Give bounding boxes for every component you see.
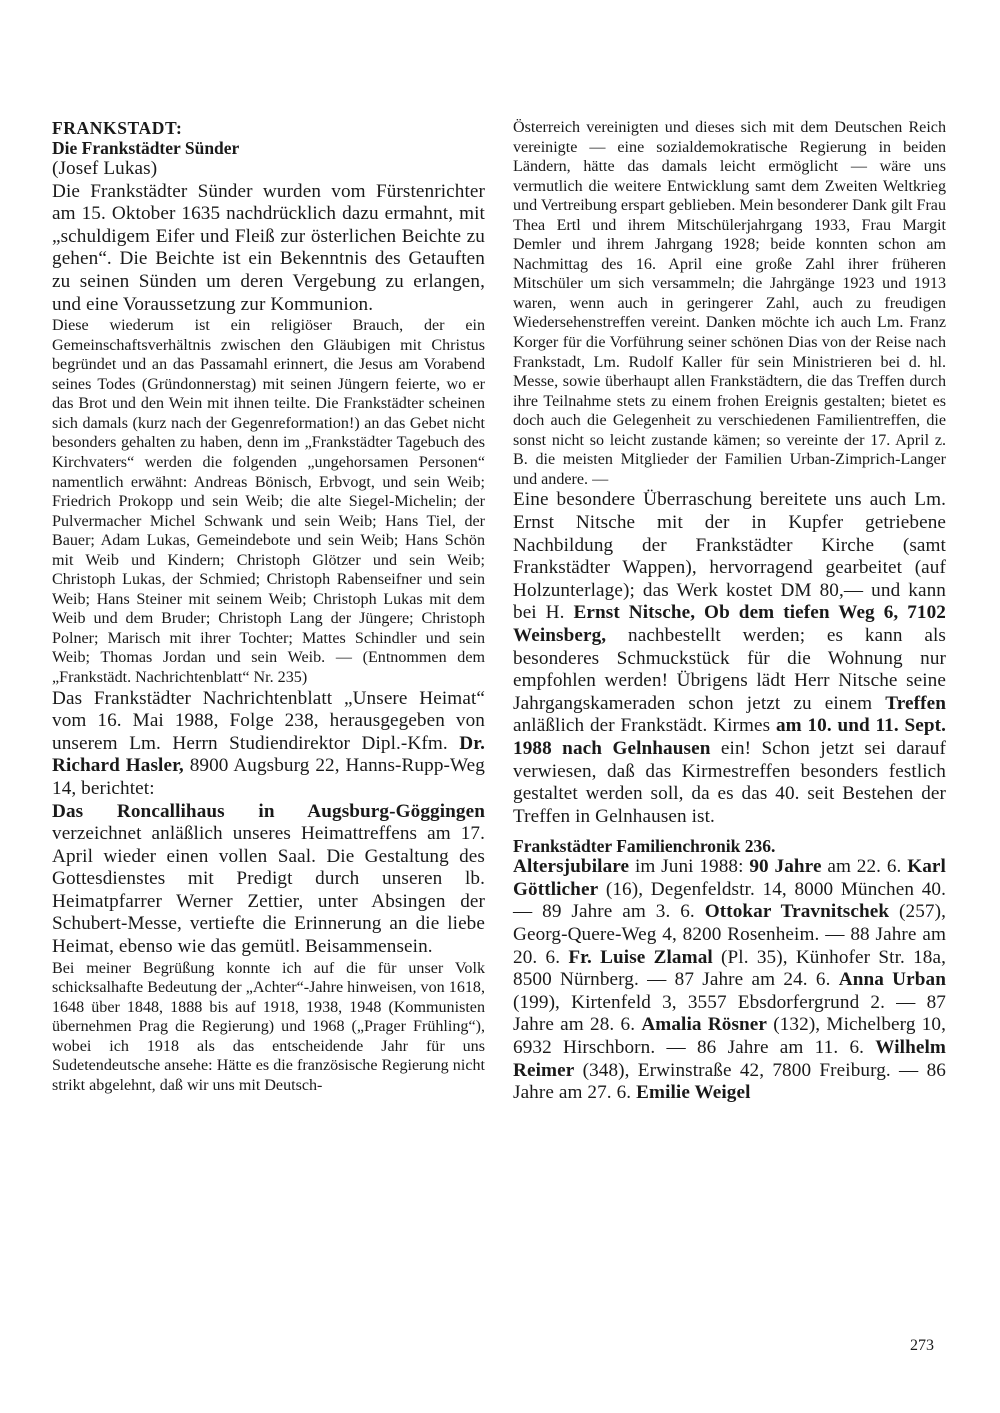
article-title: Die Frankstädter Sünder [52, 138, 485, 158]
roncalli-paragraph: Das Roncallihaus in Augsburg-Göggingen v… [52, 801, 485, 959]
report-intro-paragraph: Das Frankstädter Nachrichtenblatt „Unser… [52, 688, 485, 801]
intro-paragraph: Die Frankstädter Sünder wurden vom Fürst… [52, 181, 485, 317]
roncalli-heading: Das Roncallihaus in Augsburg-Göggingen [52, 801, 485, 822]
chronicle-paragraph: Altersjubilare im Juni 1988: 90 Jahre am… [513, 856, 946, 1105]
article-author: (Josef Lukas) [52, 158, 485, 181]
right-column: Österreich vereinigten und dieses sich m… [513, 118, 946, 1105]
spacer [513, 828, 946, 836]
body-paragraph: Diese wiederum ist ein religiöser Brauch… [52, 316, 485, 687]
page-number: 273 [910, 1337, 934, 1355]
chronicle-title: Frankstädter Familienchronik 236. [513, 836, 946, 856]
continuation-paragraph: Österreich vereinigten und dieses sich m… [513, 118, 946, 489]
section-title: FRANKSTADT: [52, 118, 485, 138]
greeting-paragraph: Bei meiner Begrüßung konnte ich auf die … [52, 959, 485, 1096]
left-column: FRANKSTADT: Die Frankstädter Sünder (Jos… [52, 118, 485, 1096]
surprise-paragraph: Eine besondere Überraschung bereitete un… [513, 489, 946, 828]
